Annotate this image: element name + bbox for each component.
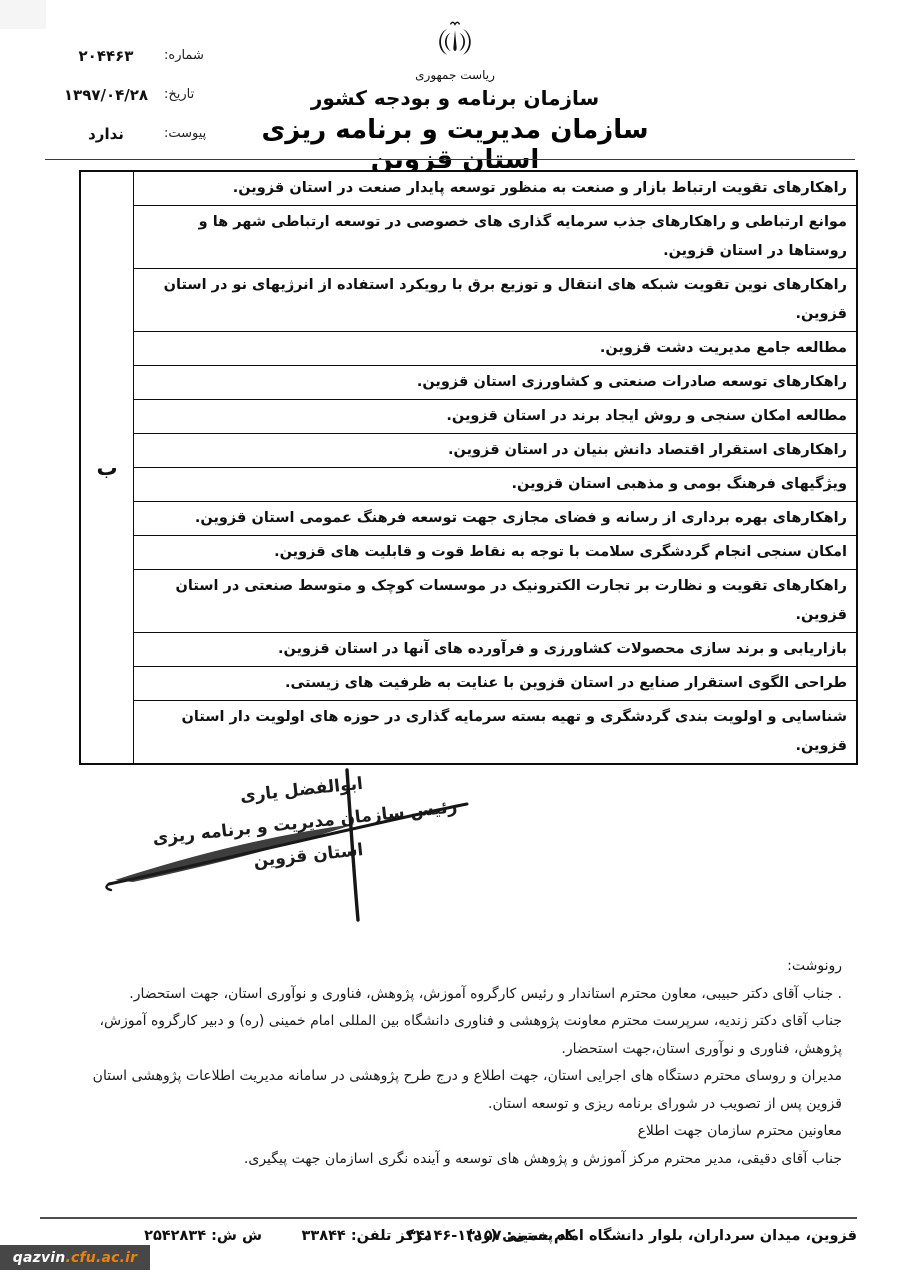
table-row: بازاریابی و برند سازی محصولات کشاورزی و … [134, 633, 856, 667]
cc-item: . جناب آقای دکتر حبیبی، معاون محترم استا… [60, 981, 842, 1009]
watermark-site-name: qazvin [13, 1250, 66, 1266]
cc-item: جناب آقای دقیقی، مدیر محترم مرکز آموزش و… [60, 1146, 842, 1174]
topics-table: ب راهکارهای تقویت ارتباط بازار و صنعت به… [79, 170, 858, 765]
scanned-letter-page: شماره: ۲۰۴۴۶۳ تاریخ: ۱۳۹۷/۰۴/۲۸ پیوست: ن… [0, 0, 900, 1273]
footer-divider [40, 1217, 857, 1219]
table-row: ویژگیهای فرهنگ بومی و مذهبی استان قزوین. [134, 468, 856, 502]
header-divider [45, 159, 855, 160]
number-value: ۲۰۴۴۶۳ [48, 47, 164, 65]
table-row: مطالعه جامع مدیریت دشت قزوین. [134, 332, 856, 366]
table-row: امکان سنجی انجام گردشگری سلامت با توجه ب… [134, 536, 856, 570]
table-row: موانع ارتباطی و راهکارهای جذب سرمایه گذا… [134, 206, 856, 269]
letterhead-center: ریاست جمهوری سازمان برنامه و بودجه کشور … [225, 18, 685, 175]
table-row: راهکارهای استقرار اقتصاد دانش بنیان در ا… [134, 434, 856, 468]
handwritten-signature [95, 752, 525, 967]
meta-row-date: تاریخ: ۱۳۹۷/۰۴/۲۸ [48, 75, 208, 114]
letter-meta-block: شماره: ۲۰۴۴۶۳ تاریخ: ۱۳۹۷/۰۴/۲۸ پیوست: ن… [48, 36, 208, 153]
cc-heading: رونوشت: [60, 953, 842, 981]
footer-phone: مرکز تلفن: ۳۳۸۴۴ [302, 1228, 432, 1244]
cc-item: مدیران و روسای محترم دستگاه های اجرایی ا… [60, 1063, 842, 1118]
cc-item: جناب آقای دکتر زندیه، سرپرست محترم معاون… [60, 1008, 842, 1063]
attachment-label: پیوست: [164, 126, 208, 141]
site-watermark: qazvin.cfu.ac.ir [0, 1245, 150, 1270]
cc-item: معاونین محترم سازمان جهت اطلاع [60, 1118, 842, 1146]
signature-block: ابوالفضل یاری رئیس سازمان مدیریت و برنام… [95, 752, 525, 967]
cc-section: رونوشت: . جناب آقای دکتر حبیبی، معاون مح… [60, 953, 842, 1173]
scan-artifact [0, 0, 46, 29]
meta-row-number: شماره: ۲۰۴۴۶۳ [48, 36, 208, 75]
org-province-title: سازمان مدیریت و برنامه ریزی استان قزوین [225, 115, 685, 175]
table-row: راهکارهای تقویت ارتباط بازار و صنعت به م… [134, 172, 856, 206]
topics-rows: راهکارهای تقویت ارتباط بازار و صنعت به م… [134, 172, 856, 763]
attachment-value: ندارد [48, 125, 164, 143]
table-row: طراحی الگوی استقرار صنایع در استان قزوین… [134, 667, 856, 701]
iran-emblem-icon [432, 18, 478, 64]
presidency-line: ریاست جمهوری [225, 68, 685, 82]
group-label-cell: ب [81, 172, 134, 763]
date-label: تاریخ: [164, 87, 208, 102]
table-row: راهکارهای بهره برداری از رسانه و فضای مج… [134, 502, 856, 536]
number-label: شماره: [164, 48, 208, 63]
table-row: راهکارهای توسعه صادرات صنعتی و کشاورزی ا… [134, 366, 856, 400]
footer-postal-code: کد پستی: ۳۴۱۴۶-۱۳۱۵۷ [407, 1228, 575, 1244]
meta-row-attachment: پیوست: ندارد [48, 114, 208, 153]
table-row: راهکارهای تقویت و نظارت بر تجارت الکترون… [134, 570, 856, 633]
footer-serial-number: ش ش: ۲۵۴۲۸۳۴ [144, 1228, 262, 1244]
org-country-title: سازمان برنامه و بودجه کشور [225, 86, 685, 110]
watermark-domain: .cfu.ac.ir [65, 1250, 137, 1266]
table-row: راهکارهای نوین تقویت شبکه های انتقال و ت… [134, 269, 856, 332]
table-row: مطالعه امکان سنجی و روش ایجاد برند در اس… [134, 400, 856, 434]
date-value: ۱۳۹۷/۰۴/۲۸ [48, 86, 164, 104]
